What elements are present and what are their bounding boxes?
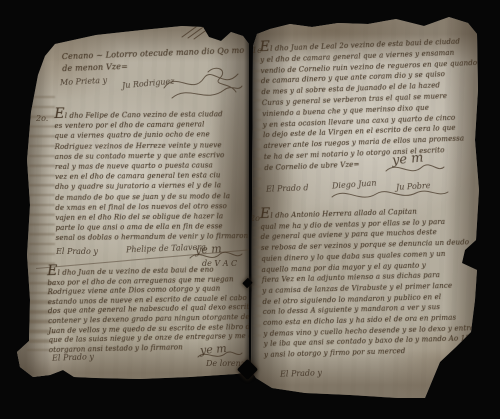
- notary-rubric-flourish-icon: [158, 62, 246, 106]
- bleedthrough-text-ghost: [27, 300, 49, 356]
- manuscript-photo: Cenano ~ Lotorro otecude mano dio Qo mo …: [0, 0, 500, 419]
- margin-mark: 2o: [250, 214, 260, 223]
- entry-paragraph: El dho Felipe de Cano vezino de esta ciu…: [54, 109, 251, 244]
- pen-trials-icon: [178, 20, 220, 40]
- signature: El Prado y: [52, 352, 94, 362]
- rubric-flourish-icon: [196, 350, 244, 362]
- signature: El Prado y: [280, 368, 322, 378]
- rubric-flourish-icon: [384, 162, 446, 178]
- margin-mark: 2o.: [36, 114, 48, 123]
- signature-flourish-icon: [330, 188, 450, 204]
- signature: El Prado d: [266, 183, 309, 193]
- bleedthrough-text-ghost: [253, 60, 261, 340]
- signature: El Prado y: [56, 247, 98, 256]
- entry-paragraph: El dho Antonio Herrera allado al Capitan…: [260, 205, 482, 361]
- entry-paragraph: El dho Juan de Leal 2o vezino de esta ba…: [260, 36, 483, 174]
- handwritten-line: senal os doblas o hermandum de venir y l…: [56, 231, 252, 243]
